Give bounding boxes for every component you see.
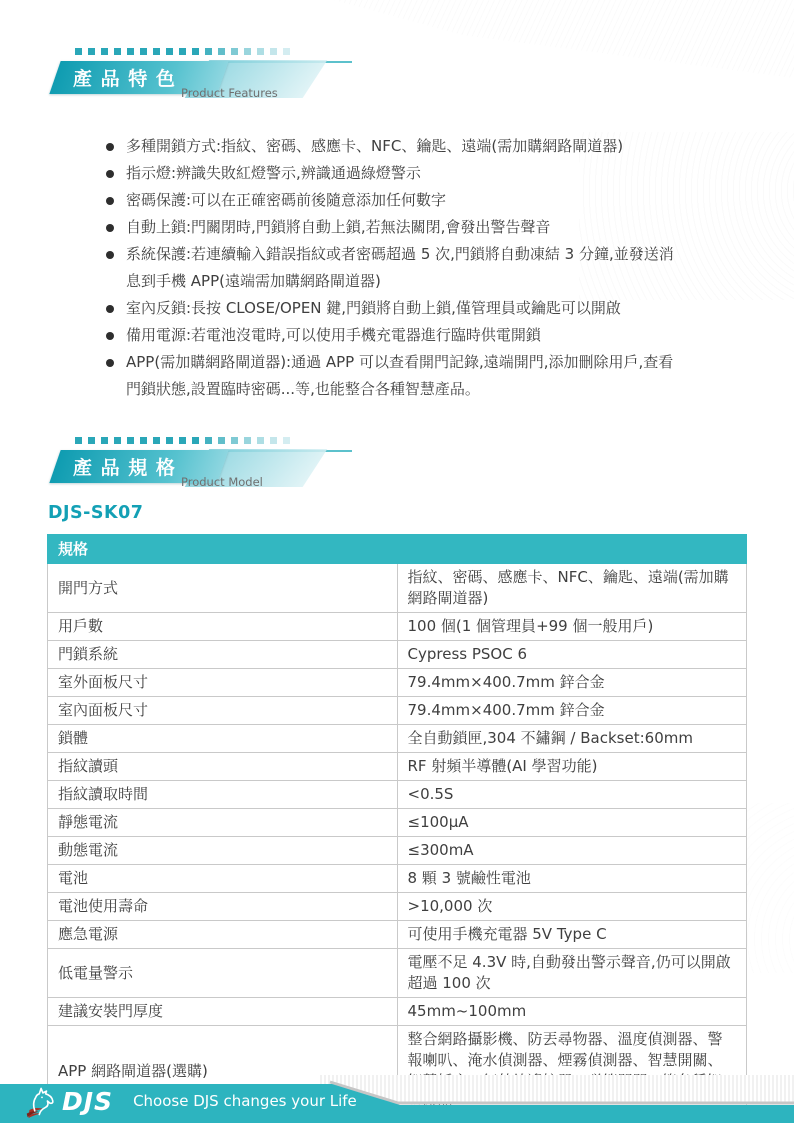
feature-item: 指示燈:辨識失敗紅燈警示,辨識通過綠燈警示 bbox=[105, 160, 685, 187]
decorative-square bbox=[231, 437, 238, 444]
features-title-zh: 產 品 特 色 bbox=[55, 64, 176, 91]
decorative-square bbox=[127, 437, 134, 444]
spec-table: 規格 開門方式 指紋、密碼、感應卡、NFC、鑰匙、遠端(需加購網路閘道器) 用戶… bbox=[47, 534, 747, 1117]
spec-label: 開門方式 bbox=[48, 564, 398, 613]
decorative-square bbox=[192, 437, 199, 444]
decorative-square bbox=[205, 48, 212, 55]
decorative-square bbox=[166, 48, 173, 55]
decorative-square bbox=[205, 437, 212, 444]
spec-label: 指紋讀取時間 bbox=[48, 781, 398, 809]
features-section-banner: 產 品 特 色 Product Features bbox=[47, 61, 747, 103]
spec-value: 電壓不足 4.3V 時,自動發出警示聲音,仍可以開啟超過 100 次 bbox=[397, 949, 747, 998]
spec-value: 45mm~100mm bbox=[397, 998, 747, 1026]
spec-row: 應急電源 可使用手機充電器 5V Type C bbox=[48, 921, 747, 949]
decorative-squares-row bbox=[75, 48, 747, 55]
decorative-square bbox=[127, 48, 134, 55]
spec-row: 用戶數 100 個(1 個管理員+99 個一般用戶) bbox=[48, 613, 747, 641]
spec-label: 建議安裝門厚度 bbox=[48, 998, 398, 1026]
unicorn-logo-icon bbox=[24, 1083, 60, 1119]
spec-label: 室內面板尺寸 bbox=[48, 697, 398, 725]
feature-list: 多種開鎖方式:指紋、密碼、感應卡、NFC、鑰匙、遠端(需加購網路閘道器) 指示燈… bbox=[105, 133, 685, 403]
spec-label: 靜態電流 bbox=[48, 809, 398, 837]
spec-label: 電池 bbox=[48, 865, 398, 893]
spec-value: 可使用手機充電器 5V Type C bbox=[397, 921, 747, 949]
spec-label: 動態電流 bbox=[48, 837, 398, 865]
specs-title-en: Product Model bbox=[181, 475, 263, 489]
feature-item: APP(需加購網路閘道器):通過 APP 可以查看開門記錄,遠端開門,添加刪除用… bbox=[105, 349, 685, 403]
spec-label: 室外面板尺寸 bbox=[48, 669, 398, 697]
decorative-square bbox=[179, 48, 186, 55]
spec-row: 鎖體 全自動鎖匣,304 不鏽鋼 / Backset:60mm bbox=[48, 725, 747, 753]
decorative-square bbox=[283, 437, 290, 444]
decorative-square bbox=[244, 437, 251, 444]
document-page: 產 品 特 色 Product Features 多種開鎖方式:指紋、密碼、感應… bbox=[0, 0, 794, 1123]
decorative-square bbox=[153, 48, 160, 55]
decorative-square bbox=[114, 48, 121, 55]
spec-table-header: 規格 bbox=[48, 535, 747, 564]
decorative-square bbox=[101, 437, 108, 444]
spec-label: 鎖體 bbox=[48, 725, 398, 753]
spec-row: 動態電流 ≤300mA bbox=[48, 837, 747, 865]
feature-item: 備用電源:若電池沒電時,可以使用手機充電器進行臨時供電開鎖 bbox=[105, 322, 685, 349]
spec-value: RF 射頻半導體(AI 學習功能) bbox=[397, 753, 747, 781]
decorative-square bbox=[75, 437, 82, 444]
spec-value: >10,000 次 bbox=[397, 893, 747, 921]
decorative-square bbox=[244, 48, 251, 55]
product-specs-section: 產 品 規 格 Product Model DJS-SK07 規格 開門方式 指… bbox=[47, 437, 747, 492]
spec-row: 電池使用壽命 >10,000 次 bbox=[48, 893, 747, 921]
decorative-square bbox=[283, 48, 290, 55]
spec-label: 電池使用壽命 bbox=[48, 893, 398, 921]
decorative-square bbox=[270, 437, 277, 444]
spec-row: 室內面板尺寸 79.4mm×400.7mm 鋅合金 bbox=[48, 697, 747, 725]
feature-item: 室內反鎖:長按 CLOSE/OPEN 鍵,門鎖將自動上鎖,僅管理員或鑰匙可以開啟 bbox=[105, 295, 685, 322]
decorative-square bbox=[114, 437, 121, 444]
spec-label: 應急電源 bbox=[48, 921, 398, 949]
spec-value: ≤300mA bbox=[397, 837, 747, 865]
spec-label: 低電量警示 bbox=[48, 949, 398, 998]
specs-title-zh: 產 品 規 格 bbox=[55, 453, 176, 480]
feature-item: 密碼保護:可以在正確密碼前後隨意添加任何數字 bbox=[105, 187, 685, 214]
spec-value: 指紋、密碼、感應卡、NFC、鑰匙、遠端(需加購網路閘道器) bbox=[397, 564, 747, 613]
spec-row: 門鎖系統 Cypress PSOC 6 bbox=[48, 641, 747, 669]
spec-value: 100 個(1 個管理員+99 個一般用戶) bbox=[397, 613, 747, 641]
spec-row: 建議安裝門厚度 45mm~100mm bbox=[48, 998, 747, 1026]
spec-table-header-row: 規格 bbox=[48, 535, 747, 564]
footer-slogan: Choose DJS changes your Life bbox=[133, 1092, 357, 1110]
decorative-square bbox=[257, 437, 264, 444]
decorative-square bbox=[166, 437, 173, 444]
spec-label: 用戶數 bbox=[48, 613, 398, 641]
decorative-square bbox=[218, 48, 225, 55]
spec-label: 門鎖系統 bbox=[48, 641, 398, 669]
spec-row: 指紋讀取時間 <0.5S bbox=[48, 781, 747, 809]
feature-item: 系統保護:若連續輸入錯誤指紋或者密碼超過 5 次,門鎖將自動凍結 3 分鐘,並發… bbox=[105, 241, 685, 295]
decorative-square bbox=[140, 437, 147, 444]
decorative-square bbox=[218, 437, 225, 444]
decorative-square bbox=[179, 437, 186, 444]
spec-value: 8 顆 3 號鹼性電池 bbox=[397, 865, 747, 893]
brand-name: DJS bbox=[62, 1089, 113, 1114]
spec-row: 低電量警示 電壓不足 4.3V 時,自動發出警示聲音,仍可以開啟超過 100 次 bbox=[48, 949, 747, 998]
spec-value: Cypress PSOC 6 bbox=[397, 641, 747, 669]
specs-section-banner: 產 品 規 格 Product Model bbox=[47, 450, 747, 492]
spec-row: 開門方式 指紋、密碼、感應卡、NFC、鑰匙、遠端(需加購網路閘道器) bbox=[48, 564, 747, 613]
decorative-square bbox=[231, 48, 238, 55]
spec-row: 靜態電流 ≤100μA bbox=[48, 809, 747, 837]
spec-row: 電池 8 顆 3 號鹼性電池 bbox=[48, 865, 747, 893]
spec-value: <0.5S bbox=[397, 781, 747, 809]
decorative-square bbox=[270, 48, 277, 55]
footer-content: DJS Choose DJS changes your Life bbox=[24, 1083, 357, 1119]
decorative-square bbox=[192, 48, 199, 55]
decorative-square bbox=[88, 48, 95, 55]
decorative-square bbox=[140, 48, 147, 55]
decorative-square bbox=[101, 48, 108, 55]
spec-row: 指紋讀頭 RF 射頻半導體(AI 學習功能) bbox=[48, 753, 747, 781]
spec-value: ≤100μA bbox=[397, 809, 747, 837]
spec-label: 指紋讀頭 bbox=[48, 753, 398, 781]
decorative-square bbox=[257, 48, 264, 55]
spec-value: 79.4mm×400.7mm 鋅合金 bbox=[397, 697, 747, 725]
decorative-square bbox=[88, 437, 95, 444]
spec-value: 全自動鎖匣,304 不鏽鋼 / Backset:60mm bbox=[397, 725, 747, 753]
spec-table-body: 開門方式 指紋、密碼、感應卡、NFC、鑰匙、遠端(需加購網路閘道器) 用戶數 1… bbox=[48, 564, 747, 1117]
decorative-squares-row bbox=[75, 437, 747, 444]
feature-item: 多種開鎖方式:指紋、密碼、感應卡、NFC、鑰匙、遠端(需加購網路閘道器) bbox=[105, 133, 685, 160]
footer: DJS Choose DJS changes your Life bbox=[0, 1075, 794, 1123]
decorative-square bbox=[75, 48, 82, 55]
model-name: DJS-SK07 bbox=[48, 503, 143, 523]
decorative-square bbox=[153, 437, 160, 444]
spec-value: 79.4mm×400.7mm 鋅合金 bbox=[397, 669, 747, 697]
features-title-en: Product Features bbox=[181, 86, 278, 100]
product-features-section: 產 品 特 色 Product Features 多種開鎖方式:指紋、密碼、感應… bbox=[47, 48, 747, 103]
spec-row: 室外面板尺寸 79.4mm×400.7mm 鋅合金 bbox=[48, 669, 747, 697]
feature-item: 自動上鎖:門關閉時,門鎖將自動上鎖,若無法關閉,會發出警告聲音 bbox=[105, 214, 685, 241]
